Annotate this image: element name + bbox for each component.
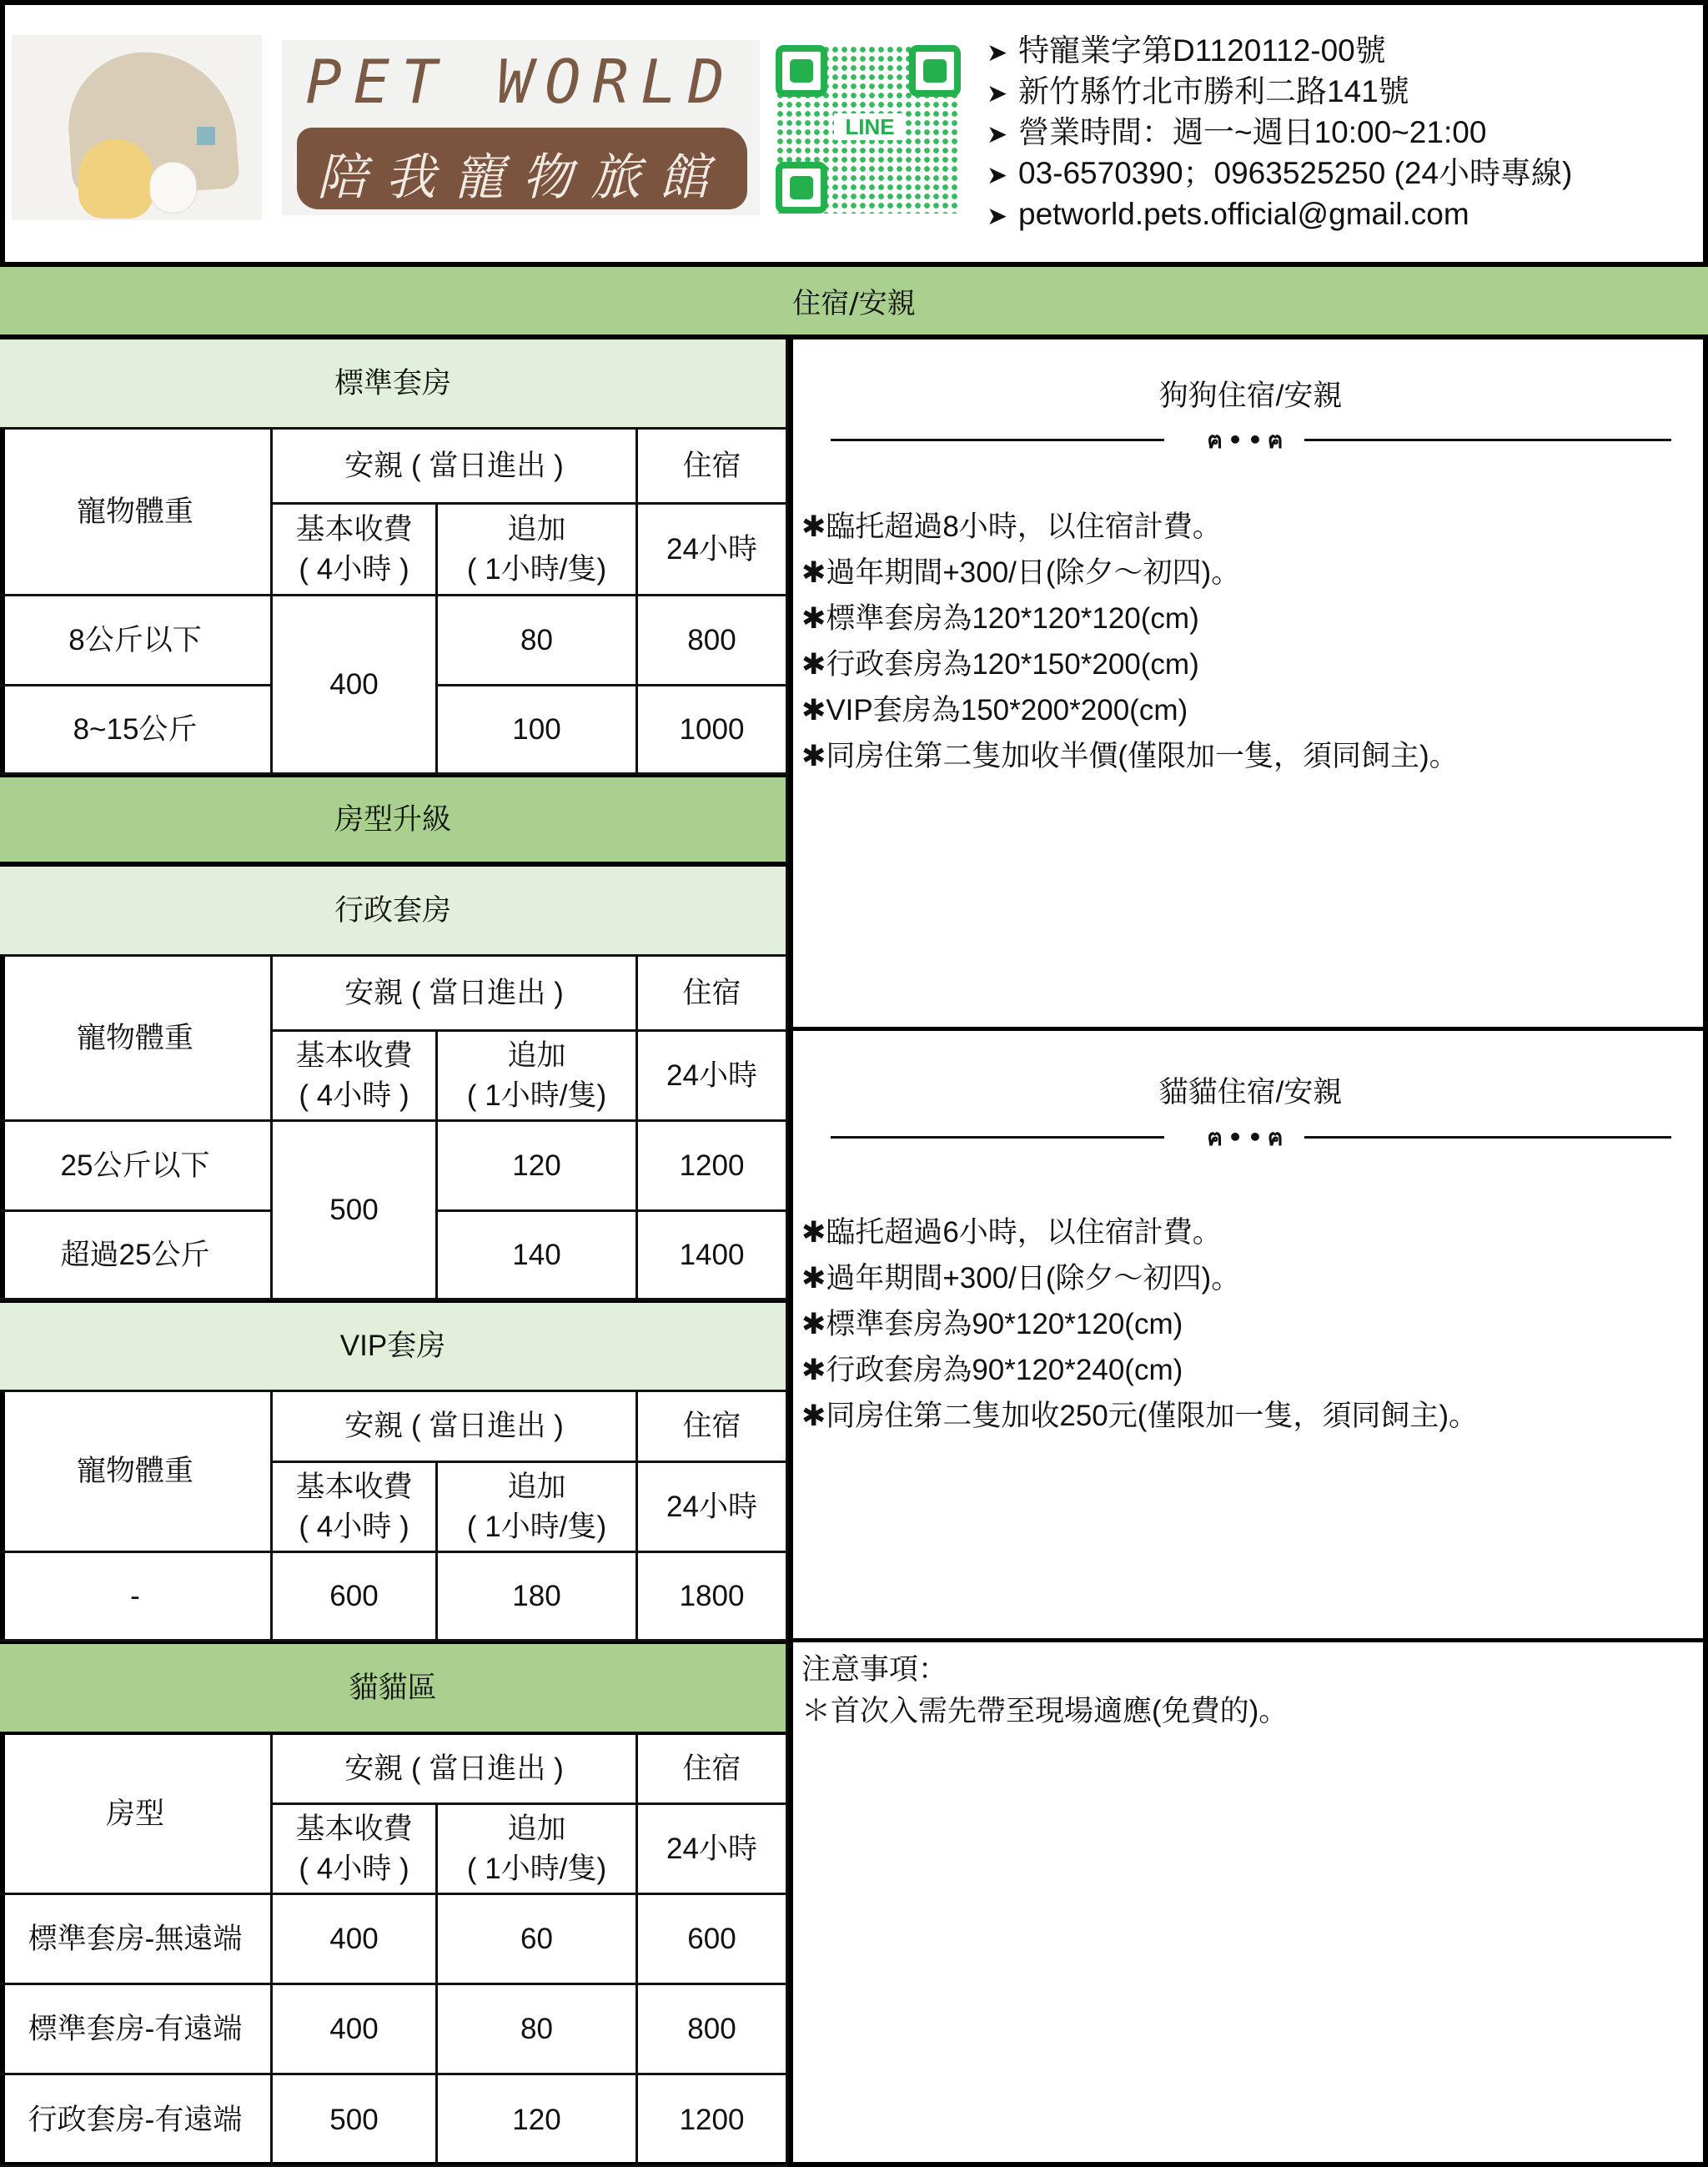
base-fee-value: 400 [273,1895,438,1985]
base-fee-value: 600 [273,1553,438,1642]
room-type-header: 房型 [0,1735,273,1895]
extra-fee-value: 80 [438,596,638,686]
extra-fee-value: 80 [438,1985,638,2075]
note-item: ✱標準套房為90*120*120(cm) [801,1301,1478,1347]
extra-fee-value: 60 [438,1895,638,1985]
dog-illustration [78,139,153,219]
note-item: ✱過年期間+300/日(除夕～初四)。 [801,550,1459,596]
divider-line [831,439,1164,441]
contact-info: ➤特寵業字第D1120112-00號 ➤新竹縣竹北市勝利二路141號 ➤營業時間… [987,30,1695,234]
boarding-fee-value: 1800 [638,1553,788,1642]
qr-finder-icon [909,45,961,97]
license-number: ➤特寵業字第D1120112-00號 [987,30,1695,71]
boarding-header: 住宿 [638,1735,788,1805]
note-item: ✱臨托超過6小時，以住宿計費。 [801,1209,1478,1255]
boarding-24h-header: 24小時 [638,1805,788,1895]
email: ➤petworld.pets.official@gmail.com [987,194,1695,234]
extra-fee-value: 180 [438,1553,638,1642]
note-item: ✱過年期間+300/日(除夕～初四)。 [801,1255,1478,1301]
boarding-header: 住宿 [638,1392,788,1463]
cat-zone-title: 貓貓區 [0,1642,788,1735]
note-item: ✱標準套房為120*120*120(cm) [801,596,1459,641]
brand-name-zh: 陪我寵物旅館 [297,138,747,209]
boarding-fee-value: 1200 [638,2075,788,2167]
note-item: ✱VIP套房為150*200*200(cm) [801,687,1459,733]
extra-fee-value: 120 [438,1122,638,1212]
base-fee-header: 基本收費( 4小時 ) [273,1463,438,1553]
extra-fee-header: 追加( 1小時/隻) [438,1805,638,1895]
business-hours: ➤營業時間：週一~週日10:00~21:00 [987,112,1695,153]
extra-fee-value: 120 [438,2075,638,2167]
daycare-header: 安親 ( 當日進出 ) [273,957,638,1032]
attention-item: ＊首次入需先帶至現場適應(免費的)。 [801,1691,1288,1732]
qr-finder-icon [776,162,827,214]
attention-title: 注意事項： [801,1649,1288,1691]
dog-panel-title: 狗狗住宿/安親 [793,373,1708,415]
extra-fee-value: 140 [438,1212,638,1300]
paw-face-icon: ฅ••ฅ [1198,422,1298,459]
table-row-label: 25公斤以下 [0,1122,273,1212]
line-label: LINE [834,113,906,140]
weight-header: 寵物體重 [0,957,273,1122]
boarding-24h-header: 24小時 [638,505,788,596]
paw-divider: ฅ••ฅ [831,425,1671,450]
extra-fee-value: 100 [438,686,638,775]
table-row-label: 8公斤以下 [0,596,273,686]
base-fee-value: 500 [273,1122,438,1300]
base-fee-value: 400 [273,1985,438,2075]
base-fee-value: 400 [273,596,438,775]
paw-face-icon: ฅ••ฅ [1198,1119,1298,1156]
table-row-label: 行政套房-有遠端 [0,2075,273,2167]
cat-panel-title: 貓貓住宿/安親 [793,1069,1708,1111]
note-item: ✱同房住第二隻加收半價(僅限加一隻，須同飼主)。 [801,733,1459,779]
arrow-right-icon: ➤ [987,155,1018,196]
table-row-label: 標準套房-無遠端 [0,1895,273,1985]
cat-illustration [149,162,197,214]
cat-notes: ✱臨托超過6小時，以住宿計費。 ✱過年期間+300/日(除夕～初四)。 ✱標準套… [801,1209,1478,1439]
dog-notes: ✱臨托超過8小時，以住宿計費。 ✱過年期間+300/日(除夕～初四)。 ✱標準套… [801,504,1459,779]
weight-header: 寵物體重 [0,1392,273,1553]
section-title-boarding-daycare: 住宿/安親 [0,267,1708,339]
divider-line [831,1136,1164,1139]
boarding-fee-value: 800 [638,1985,788,2075]
attention-block: 注意事項： ＊首次入需先帶至現場適應(免費的)。 [801,1649,1288,1732]
boarding-24h-header: 24小時 [638,1032,788,1122]
table-row-label: - [0,1553,273,1642]
boarding-header: 住宿 [638,430,788,505]
brand-name-en: PET WORLD [282,47,760,117]
qr-finder-icon [776,45,827,97]
boarding-fee-value: 1200 [638,1122,788,1212]
note-item: ✱行政套房為120*150*200(cm) [801,641,1459,687]
arrow-right-icon: ➤ [987,73,1018,114]
header: PET WORLD 陪我寵物旅館 LINE ➤特寵業字第D1120112-00號… [0,0,1708,267]
line-qr-code[interactable]: LINE [772,42,964,217]
arrow-right-icon: ➤ [987,114,1018,155]
house-window-shape [197,127,215,145]
cat-info-panel: 貓貓住宿/安親 ฅ••ฅ ✱臨托超過6小時，以住宿計費。 ✱過年期間+300/日… [788,1031,1708,1642]
divider-line [1304,1136,1671,1139]
boarding-fee-value: 600 [638,1895,788,1985]
paw-divider: ฅ••ฅ [831,1123,1671,1148]
room-upgrade-title: 房型升級 [0,775,788,867]
note-item: ✱臨托超過8小時，以住宿計費。 [801,504,1459,550]
note-item: ✱同房住第二隻加收250元(僅限加一隻，須同飼主)。 [801,1393,1478,1439]
arrow-right-icon: ➤ [987,33,1018,73]
brand-logo: PET WORLD 陪我寵物旅館 [282,40,760,215]
daycare-header: 安親 ( 當日進出 ) [273,1735,638,1805]
base-fee-value: 500 [273,2075,438,2167]
dog-info-panel: 狗狗住宿/安親 ฅ••ฅ ✱臨托超過8小時，以住宿計費。 ✱過年期間+300/日… [788,339,1708,1031]
base-fee-header: 基本收費( 4小時 ) [273,505,438,596]
executive-suite-title: 行政套房 [0,867,788,957]
brand-name-zh-bar: 陪我寵物旅館 [297,128,747,209]
note-item: ✱行政套房為90*120*240(cm) [801,1347,1478,1393]
base-fee-header: 基本收費( 4小時 ) [273,1032,438,1122]
extra-fee-header: 追加( 1小時/隻) [438,505,638,596]
pet-house-logo-image [12,35,262,220]
extra-fee-header: 追加( 1小時/隻) [438,1463,638,1553]
table-row-label: 標準套房-有遠端 [0,1985,273,2075]
boarding-fee-value: 800 [638,596,788,686]
daycare-header: 安親 ( 當日進出 ) [273,430,638,505]
vip-suite-title: VIP套房 [0,1300,788,1392]
standard-suite-title: 標準套房 [0,339,788,430]
boarding-fee-value: 1000 [638,686,788,775]
base-fee-header: 基本收費( 4小時 ) [273,1805,438,1895]
boarding-header: 住宿 [638,957,788,1032]
attention-panel: 注意事項： ＊首次入需先帶至現場適應(免費的)。 [788,1642,1708,2167]
daycare-header: 安親 ( 當日進出 ) [273,1392,638,1463]
divider-line [1304,439,1671,441]
extra-fee-header: 追加( 1小時/隻) [438,1032,638,1122]
table-row-label: 超過25公斤 [0,1212,273,1300]
boarding-fee-value: 1400 [638,1212,788,1300]
table-row-label: 8~15公斤 [0,686,273,775]
boarding-24h-header: 24小時 [638,1463,788,1553]
arrow-right-icon: ➤ [987,196,1018,237]
phone-numbers: ➤03-6570390；0963525250 (24小時專線) [987,153,1695,194]
address: ➤新竹縣竹北市勝利二路141號 [987,71,1695,112]
weight-header: 寵物體重 [0,430,273,596]
